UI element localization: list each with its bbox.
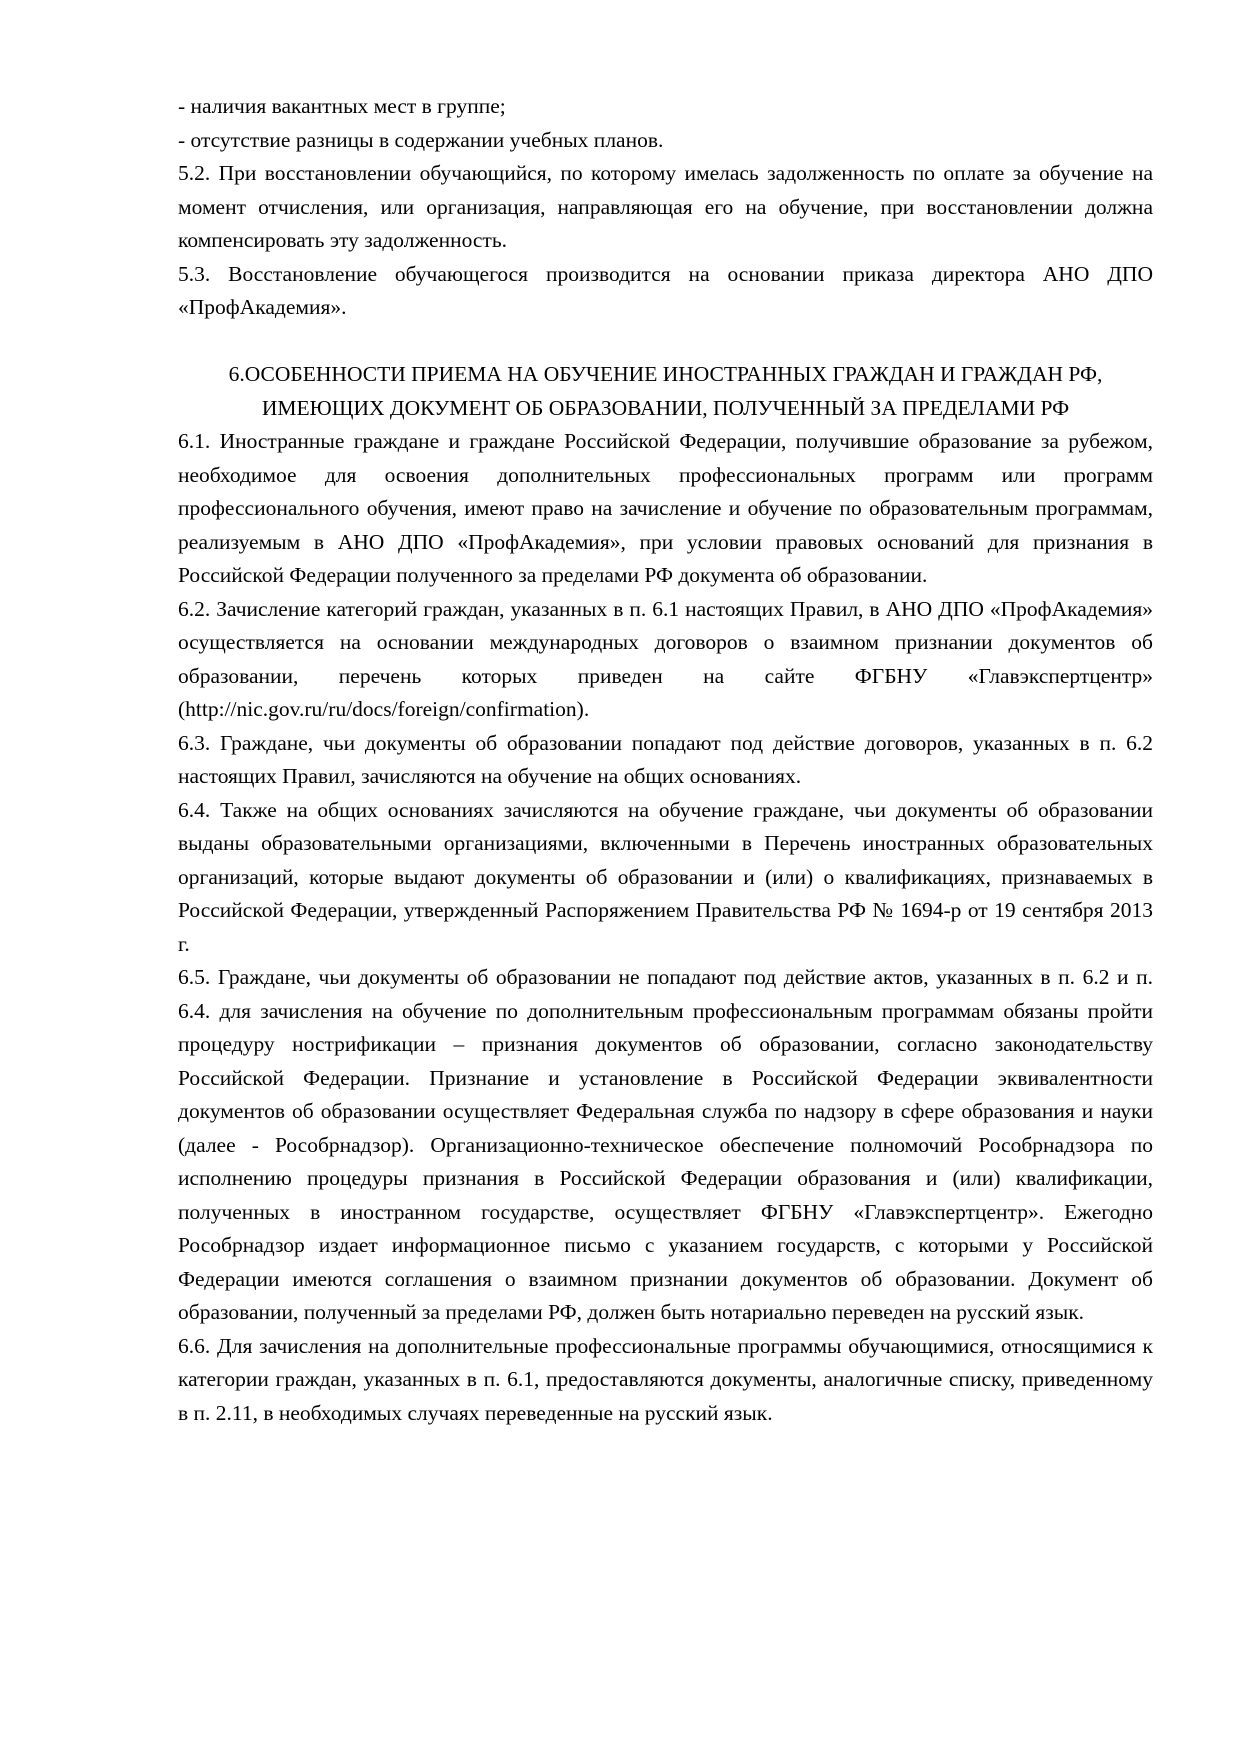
section-6-heading: 6.ОСОБЕННОСТИ ПРИЕМА НА ОБУЧЕНИЕ ИНОСТРА… [178,358,1153,425]
list-item-vacant-places: - наличия вакантных мест в группе; [178,90,1153,124]
paragraph-6-4: 6.4. Также на общих основаниях зачисляют… [178,794,1153,962]
paragraph-6-6: 6.6. Для зачисления на дополнительные пр… [178,1330,1153,1431]
paragraph-6-3: 6.3. Граждане, чьи документы об образова… [178,727,1153,794]
list-item-curriculum-difference: - отсутствие разницы в содержании учебны… [178,124,1153,158]
paragraph-5-2: 5.2. При восстановлении обучающийся, по … [178,157,1153,258]
paragraph-6-5: 6.5. Граждане, чьи документы об образова… [178,961,1153,1330]
paragraph-6-2: 6.2. Зачисление категорий граждан, указа… [178,593,1153,727]
paragraph-6-1: 6.1. Иностранные граждане и граждане Рос… [178,425,1153,593]
paragraph-5-3: 5.3. Восстановление обучающегося произво… [178,258,1153,325]
document-page: - наличия вакантных мест в группе; - отс… [0,0,1241,1755]
